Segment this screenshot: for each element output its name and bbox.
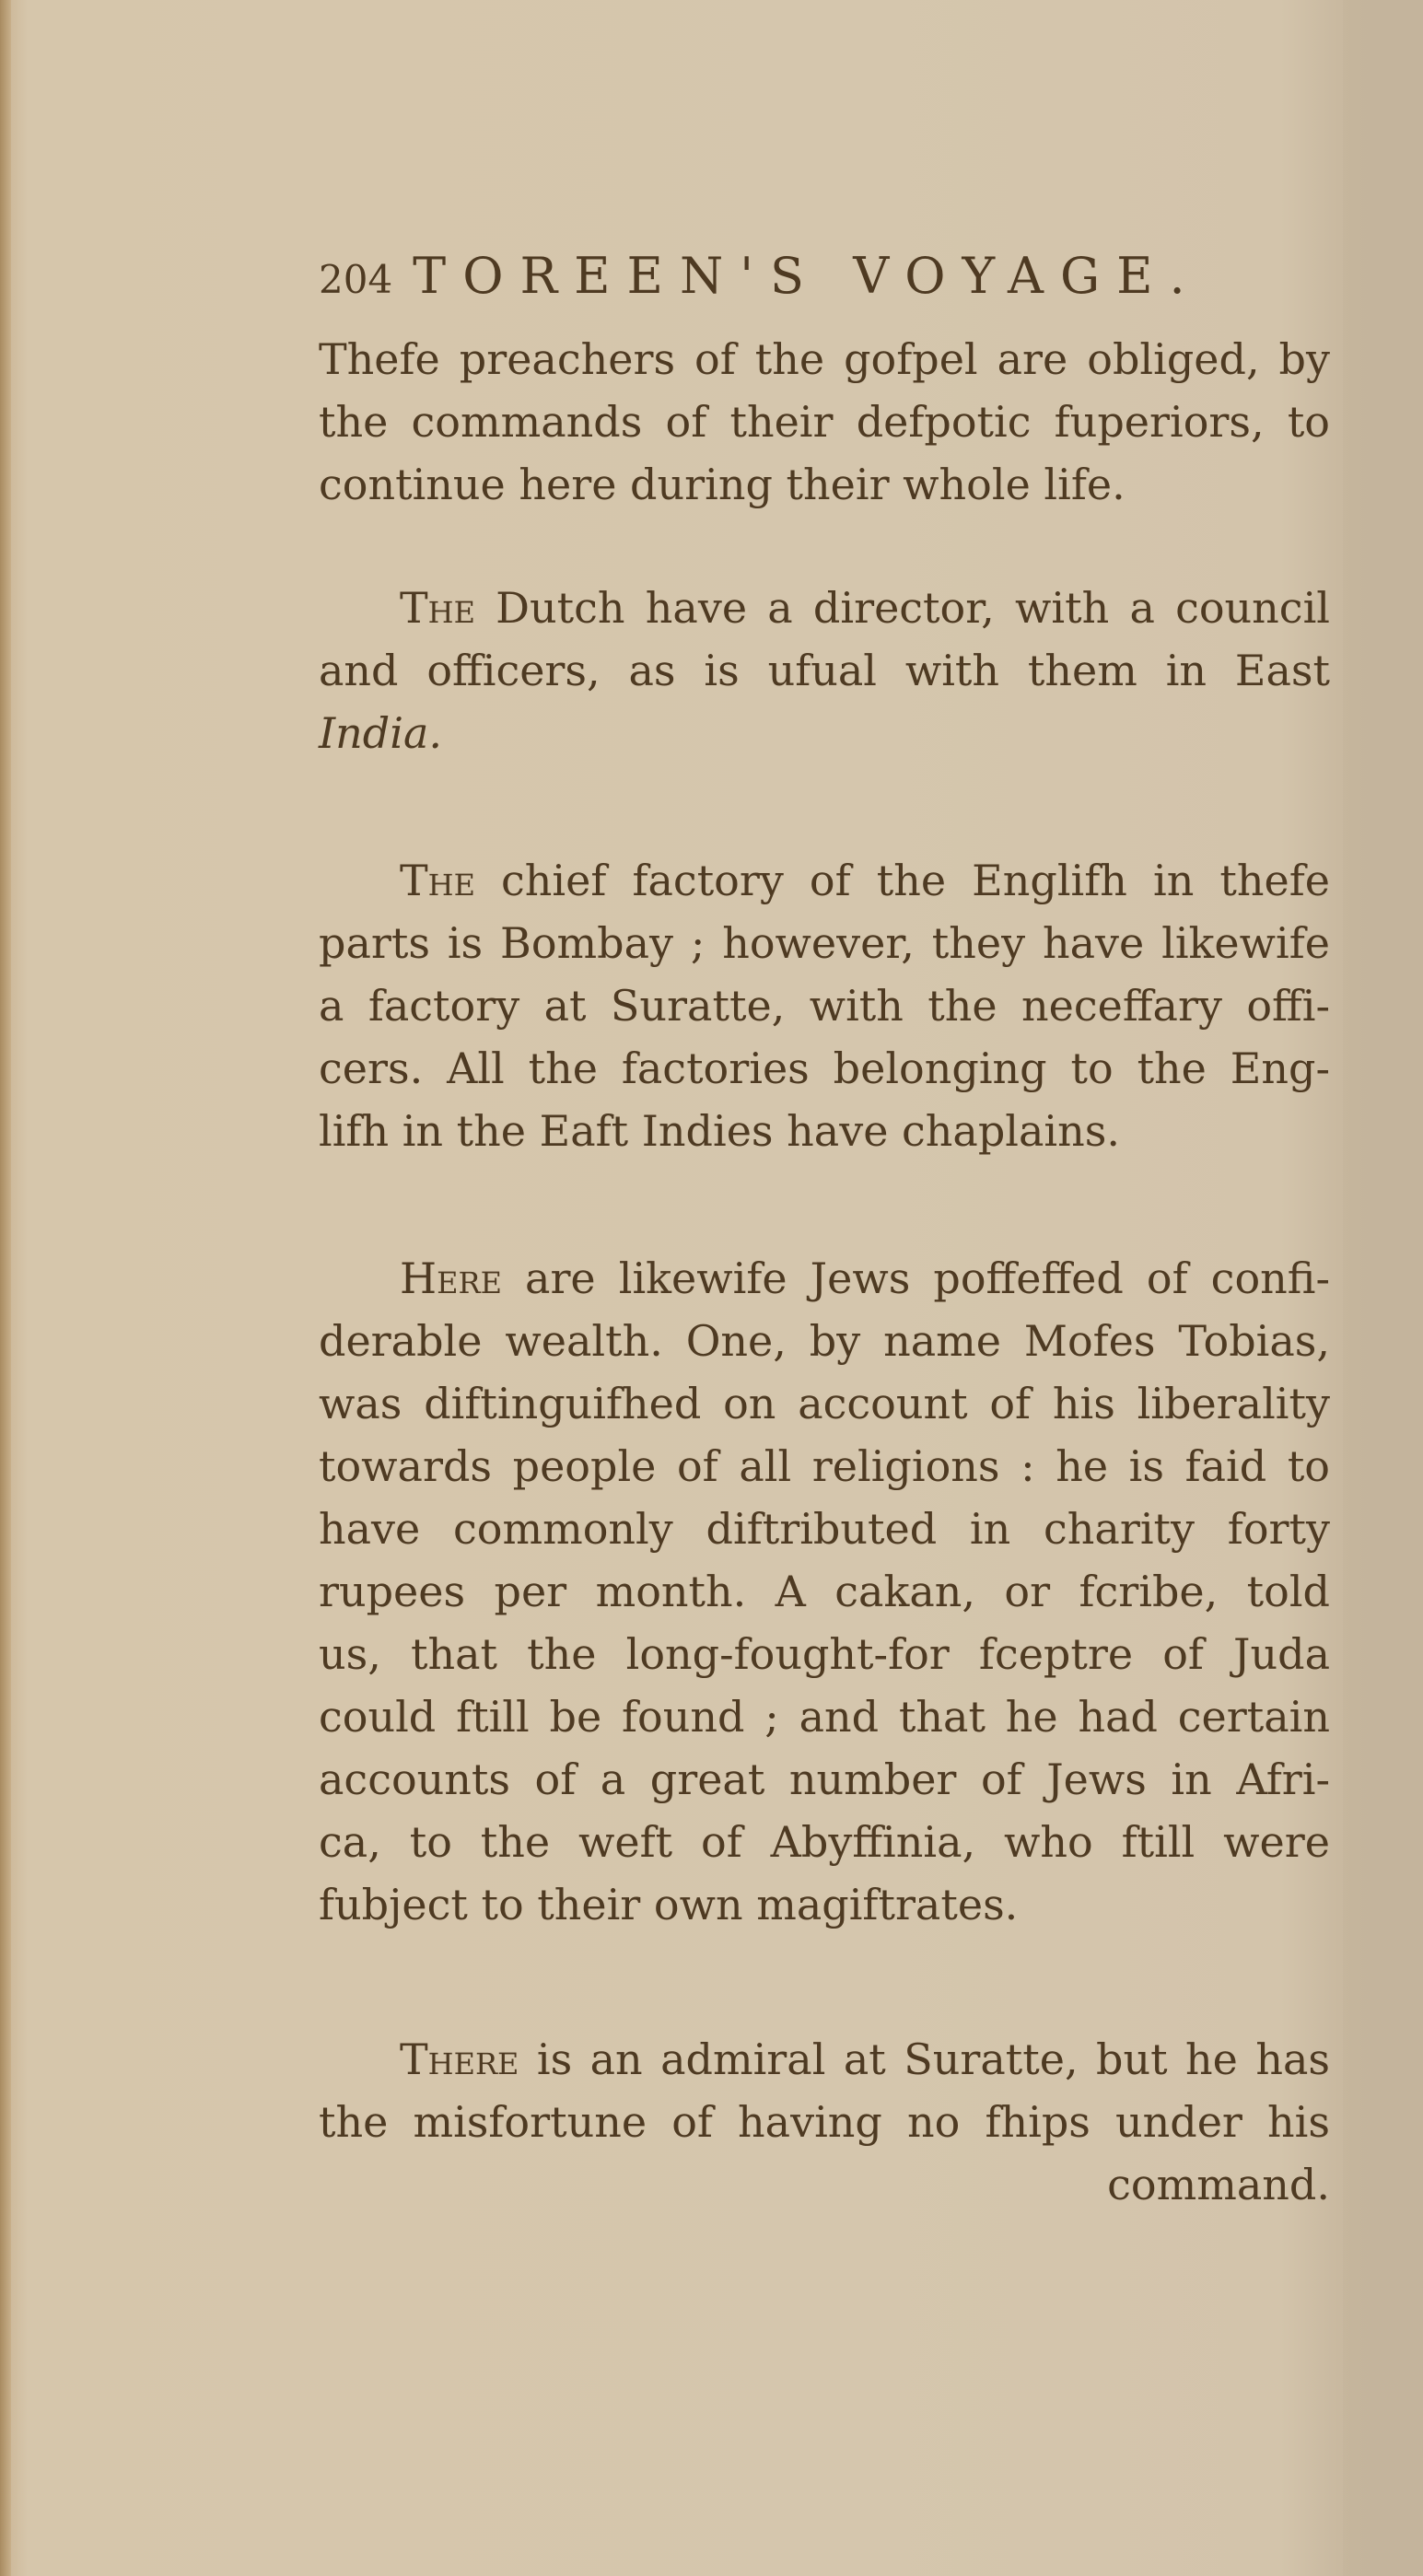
text-span: are likewife Jews poffeffed of confi- — [502, 1253, 1330, 1303]
text-line: derable wealth. One, by name Mofes Tobia… — [319, 1310, 1330, 1372]
paragraph-5: There is an admiral at Suratte, but he h… — [319, 2028, 1330, 2216]
text-line: and officers, as is ufual with them in E… — [319, 639, 1330, 702]
text-line: the commands of their defpotic fuperiors… — [319, 390, 1330, 453]
page-number: 204 — [319, 257, 392, 302]
running-title: TOREEN'S VOYAGE. — [413, 247, 1202, 305]
text-line: us, that the long-fought-for fceptre of … — [319, 1623, 1330, 1685]
catchword-line: command. — [319, 2153, 1330, 2216]
text-line: a factory at Suratte, with the neceffary… — [319, 974, 1330, 1037]
page-right-edge — [1343, 0, 1423, 2576]
text-line: have commonly diftributed in charity for… — [319, 1498, 1330, 1560]
text-span: is an admiral at Suratte, but he has — [519, 2034, 1330, 2084]
running-head: 204 TOREEN'S VOYAGE. — [319, 247, 1330, 321]
book-page: 204 TOREEN'S VOYAGE. Thefe preachers of … — [0, 0, 1423, 2576]
text-line: fubject to their own magiftrates. — [319, 1873, 1330, 1936]
paragraph-lead-word: The — [400, 583, 475, 633]
text-line: There is an admiral at Suratte, but he h… — [319, 2028, 1330, 2091]
text-line: The Dutch have a director, with a counci… — [319, 577, 1330, 639]
text-line: ca, to the weft of Abyffinia, who ftill … — [319, 1811, 1330, 1873]
text-line: lifh in the Eaft Indies have chaplains. — [319, 1100, 1330, 1162]
paragraph-4: Here are likewife Jews poffeffed of conf… — [319, 1247, 1330, 1936]
paragraph-lead-word: Here — [400, 1253, 502, 1303]
text-line: rupees per month. A cakan, or fcribe, to… — [319, 1560, 1330, 1623]
text-line: could ftill be found ; and that he had c… — [319, 1685, 1330, 1748]
text-line: towards people of all religions : he is … — [319, 1435, 1330, 1498]
paragraph-1: Thefe preachers of the gofpel are oblige… — [319, 328, 1330, 516]
text-line: Here are likewife Jews poffeffed of conf… — [319, 1247, 1330, 1310]
paragraph-2: The Dutch have a director, with a counci… — [319, 577, 1330, 764]
paragraph-lead-word: There — [400, 2034, 519, 2084]
text-span: Dutch have a director, with a council — [475, 583, 1330, 633]
text-line: cers. All the factories belonging to the… — [319, 1037, 1330, 1100]
paragraph-lead-word: The — [400, 856, 475, 905]
text-line: continue here during their whole life. — [319, 453, 1330, 516]
text-line: Thefe preachers of the gofpel are oblige… — [319, 328, 1330, 390]
page-text-block: 204 TOREEN'S VOYAGE. Thefe preachers of … — [319, 247, 1330, 2216]
text-line: parts is Bombay ; however, they have lik… — [319, 912, 1330, 974]
text-line: The chief factory of the Englifh in thef… — [319, 849, 1330, 912]
paragraph-3: The chief factory of the Englifh in thef… — [319, 849, 1330, 1162]
text-span: chief factory of the Englifh in thefe — [475, 856, 1330, 905]
text-line: accounts of a great number of Jews in Af… — [319, 1748, 1330, 1811]
page-gutter-shadow — [0, 0, 11, 2576]
text-line: was diftinguifhed on account of his libe… — [319, 1372, 1330, 1435]
text-line: the misfortune of having no fhips under … — [319, 2091, 1330, 2153]
text-line: India. — [319, 702, 1330, 764]
